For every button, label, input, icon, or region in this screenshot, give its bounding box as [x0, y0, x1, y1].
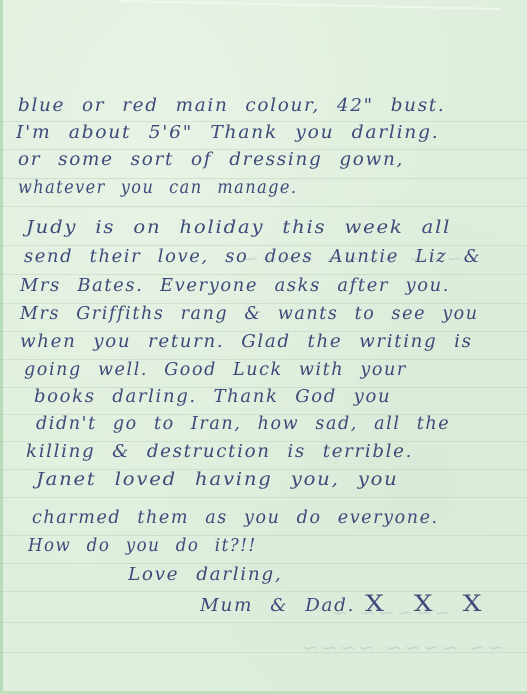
ruled-line: [0, 563, 527, 564]
letter-line: or some sort of dressing gown,: [18, 150, 404, 170]
paper-left-edge: [0, 0, 3, 694]
letter-line: whatever you can manage.: [18, 178, 298, 198]
ruled-line: [0, 206, 527, 207]
letter-signature: Mum & Dad.: [200, 596, 355, 616]
letter-line: I'm about 5'6" Thank you darling.: [16, 123, 439, 143]
ruled-line: [0, 121, 527, 122]
letter-line: Mrs Bates. Everyone asks after you.: [20, 276, 450, 296]
letter-closing: Love darling,: [128, 565, 282, 585]
letter-line: Mrs Griffiths rang & wants to see you: [20, 304, 479, 324]
letter-page: ~~~ ~~~~ ~~~~ ~~~~~ ~ ~~ ~~~~ ~~~~ blue …: [0, 0, 527, 694]
kisses: X X X: [365, 592, 481, 617]
letter-line: How do you do it?!!: [28, 536, 257, 556]
letter-line: charmed them as you do everyone.: [32, 508, 439, 528]
letter-line: when you return. Glad the writing is: [20, 332, 473, 352]
show-through-marks: ~~ ~~~~ ~~~~: [300, 635, 504, 659]
letter-line: Judy is on holiday this week all: [26, 218, 451, 238]
letter-line: didn't go to Iran, how sad, all the: [36, 414, 450, 434]
letter-line: send their love, so does Auntie Liz &: [24, 247, 481, 267]
paper-crease: [120, 0, 500, 10]
ruled-line: [0, 274, 527, 275]
letter-line: going well. Good Luck with your: [24, 360, 407, 380]
letter-line: blue or red main colour, 42" bust.: [18, 96, 445, 116]
letter-line: killing & destruction is terrible.: [26, 442, 413, 462]
ruled-line: [0, 497, 527, 498]
letter-line: books darling. Thank God you: [34, 387, 391, 407]
letter-line: Janet loved having you, you: [36, 470, 399, 490]
